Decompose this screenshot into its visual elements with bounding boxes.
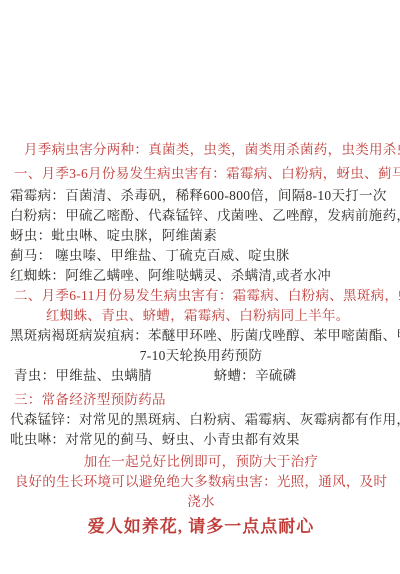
footer-motto: 爱人如养花, 请多一点点耐心 xyxy=(10,516,392,538)
remedy-line-aphid: 蚜虫：蚍虫啉、啶虫脒，阿维菌素 xyxy=(10,226,392,246)
tip-line-environment: 良好的生长环境可以避免绝大多数病虫害：光照，通风，及时浇水 xyxy=(10,472,392,512)
remedy-green-worm: 青虫：甲维盐、虫螨腈 xyxy=(14,366,152,386)
intro-line: 月季病虫害分两种：真菌类，虫类，菌类用杀菌药，虫类用杀虫药即可 xyxy=(10,140,392,160)
remedy-line-imidacloprid: 吡虫啉：对常见的蓟马、蚜虫、小青虫都有效果 xyxy=(10,430,392,450)
remedy-line-black-spot-cont: 7-10天轮换用药预防 xyxy=(10,346,392,366)
section2-heading-line1: 二、月季6-11月份易发生病虫害有：霜霉病、白粉病、黑斑病，蚜虫、蓟马 xyxy=(10,286,392,306)
remedy-line-black-spot: 黑斑病褐斑病炭疽病：苯醚甲环唑、肟菌戊唑醇、苯甲嘧菌酯、甲基硫菌灵，间隔 xyxy=(10,326,392,346)
remedy-grub: 蛴螬：辛硫磷 xyxy=(214,368,297,383)
section3-heading: 三：常备经济型预防药品 xyxy=(10,390,392,410)
remedy-line-thrips: 蓟马： 噻虫嗪、甲维盐、丁硫克百威、啶虫脒 xyxy=(10,246,392,266)
remedy-line-mancozeb: 代森锰锌：对常见的黑斑病、白粉病、霜霉病、灰霉病都有作用，一周一次 xyxy=(10,410,392,430)
remedy-line-downy-mildew: 霜霉病：百菌清、杀毒矾，稀释600-800倍，间隔8-10天打一次 xyxy=(10,186,392,206)
section1-heading: 一、月季3-6月份易发生病虫害有：霜霉病、白粉病，蚜虫、蓟马、红蜘蛛 xyxy=(10,164,392,184)
document-page: 月季病虫害分两种：真菌类，虫类，菌类用杀菌药，虫类用杀虫药即可 一、月季3-6月… xyxy=(0,0,400,574)
remedy-line-spider-mite: 红蜘蛛：阿维乙螨唑、阿维哒螨灵、杀螨清,或者水冲 xyxy=(10,266,392,286)
remedy-line-worm-grub: 青虫：甲维盐、虫螨腈 蛴螬：辛硫磷 xyxy=(10,366,392,386)
section2-heading-line2: 红蜘蛛、青虫、蛴螬，霜霉病、白粉病同上半年。 xyxy=(10,306,392,326)
tip-line-mixing: 加在一起兑好比例即可，预防大于治疗 xyxy=(10,452,392,472)
remedy-line-powdery-mildew: 白粉病：甲硫乙嘧酚、代森锰锌、戊菌唑、乙唑醇，发病前施药，间隔6天轮换喷药 xyxy=(10,206,392,226)
